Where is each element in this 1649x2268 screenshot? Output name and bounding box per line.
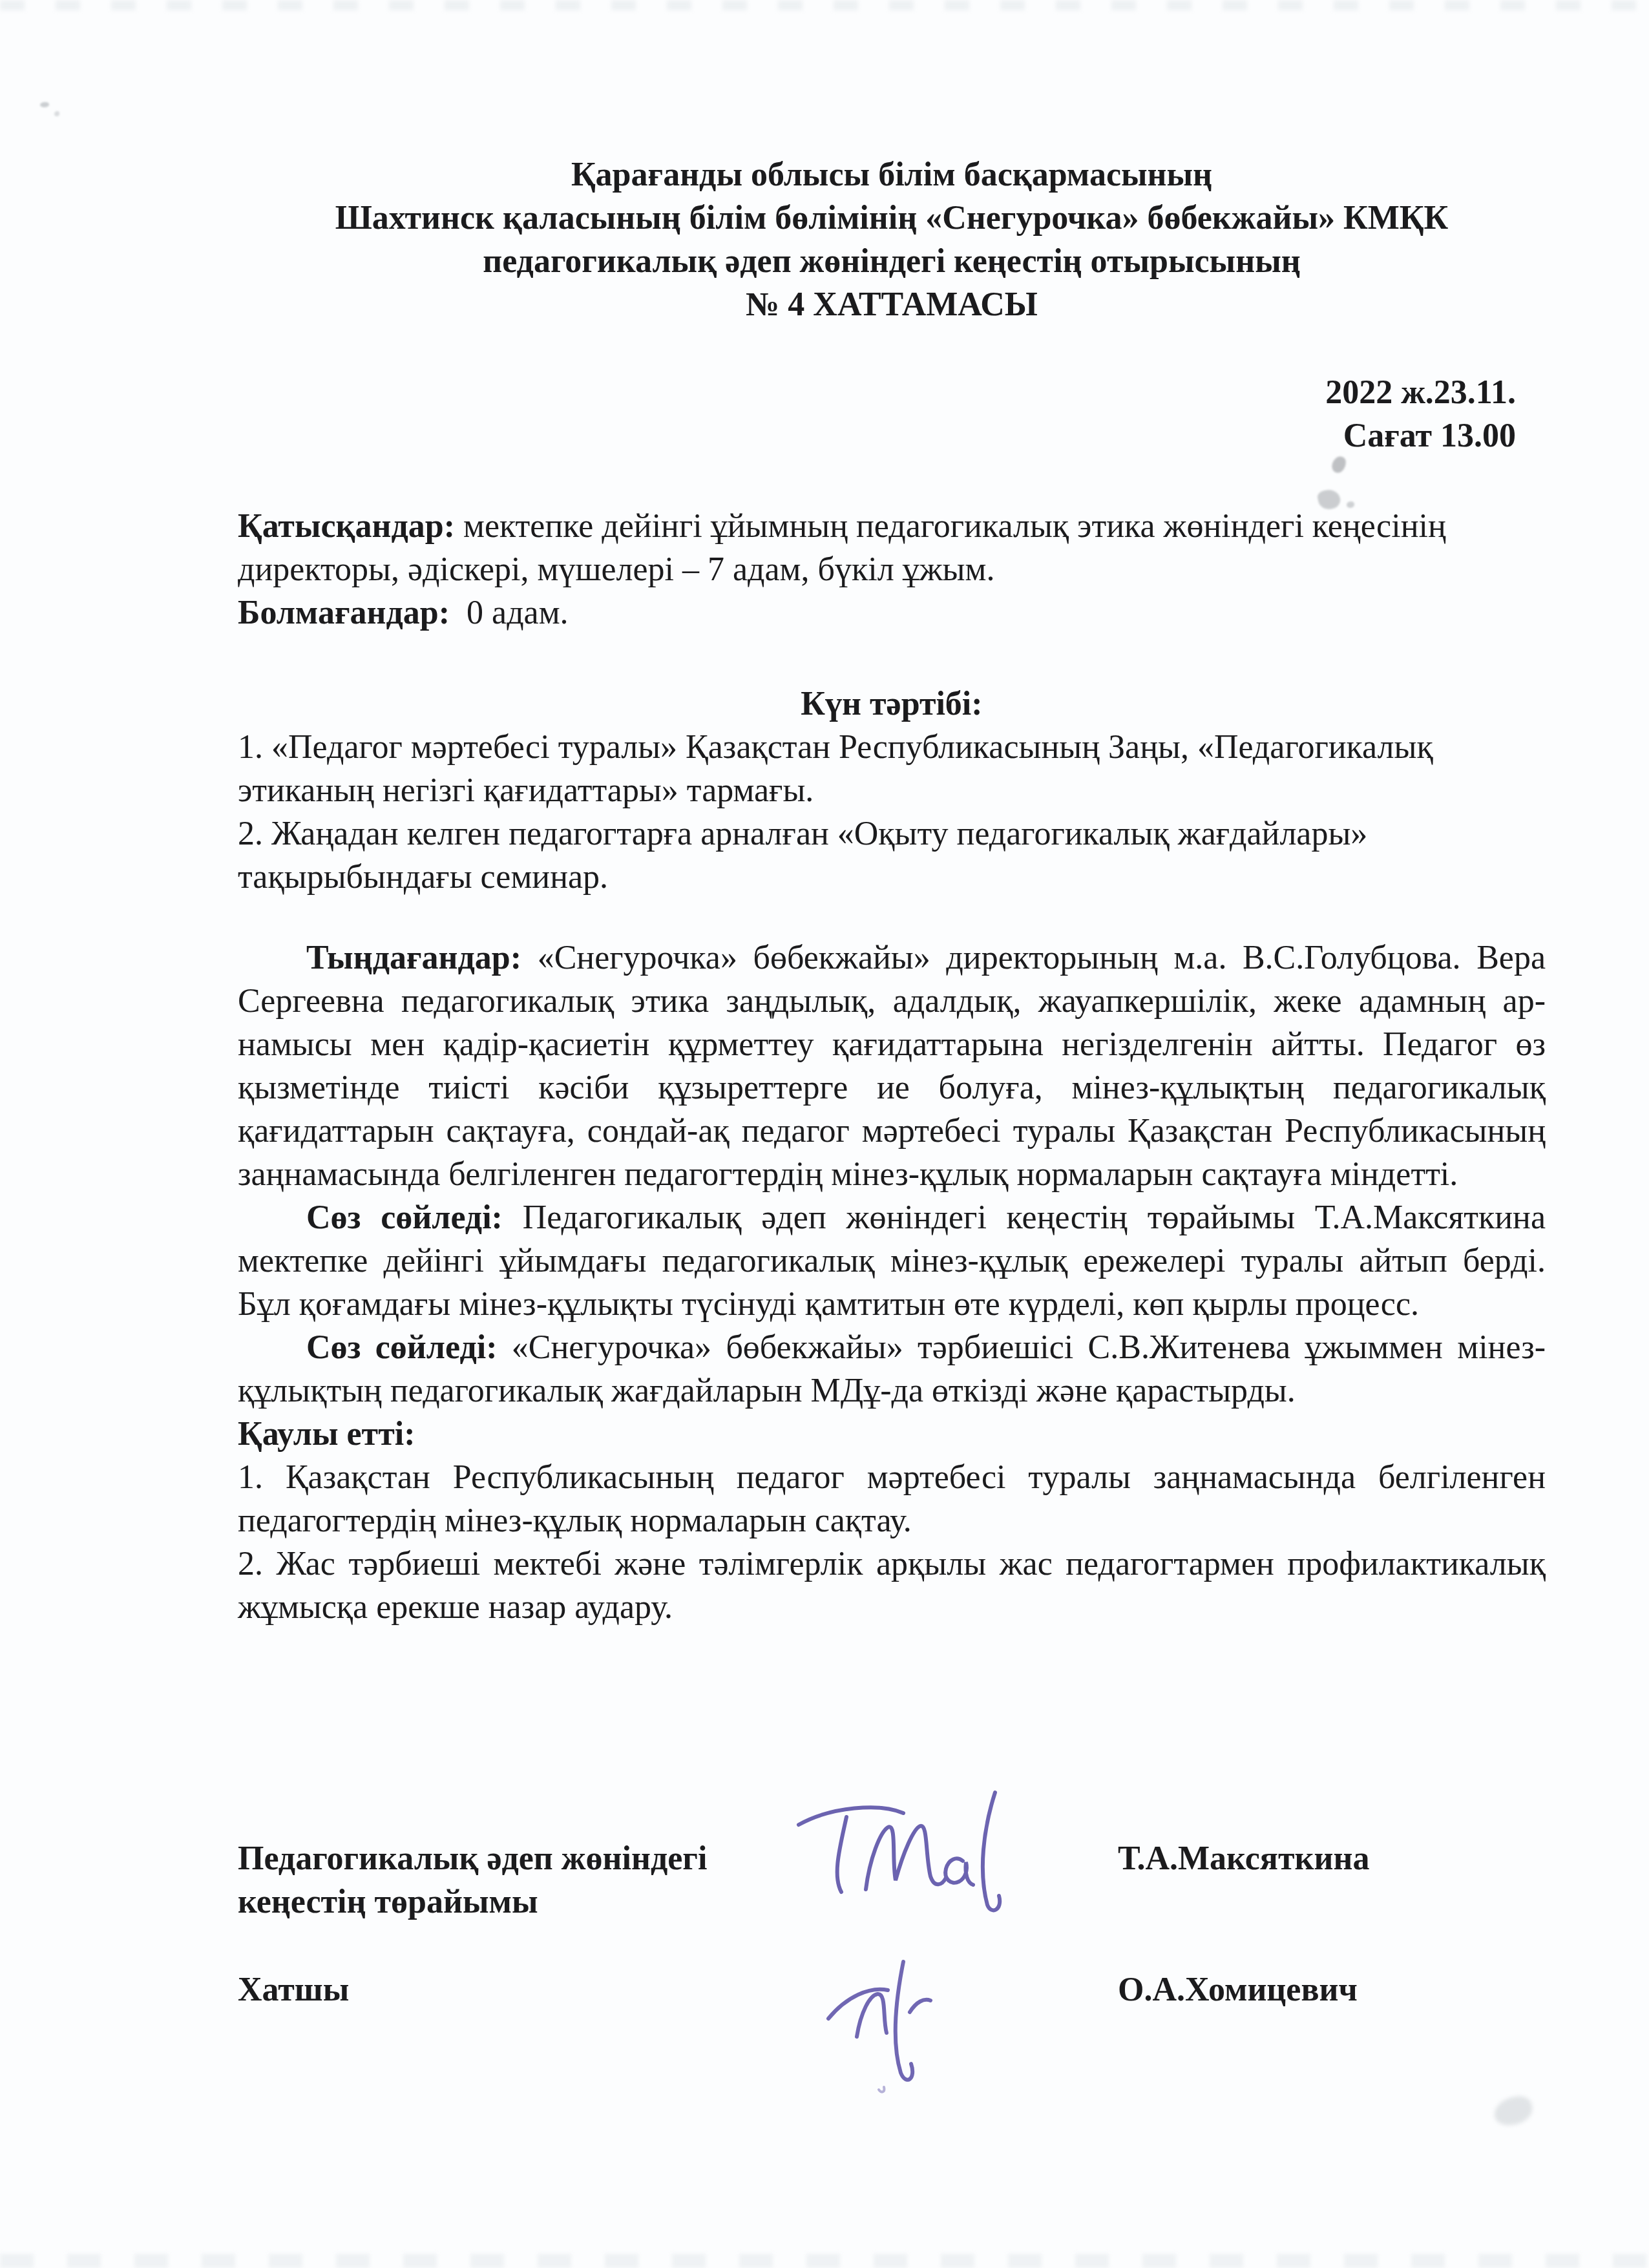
attendance-block: Қатысқандар: мектепке дейінгі ұйымның пе… <box>238 505 1546 635</box>
speech-paragraph-1: Сөз сөйледі: Педагогикалық әдеп жөніндег… <box>238 1196 1546 1326</box>
scan-smudge <box>1347 501 1354 508</box>
scanned-protocol-page: Қарағанды облысы білім басқармасының Шах… <box>0 0 1649 2268</box>
speech-label-1: Сөз сөйледі: <box>306 1199 503 1236</box>
signer-name-secretary: О.А.Хомицевич <box>1118 1968 1358 2011</box>
speech-paragraph-2: Сөз сөйледі: «Снегурочка» бөбекжайы» тәр… <box>238 1326 1546 1412</box>
date-value: 2022 ж.23.11. <box>238 371 1516 414</box>
document-title: Қарағанды облысы білім басқармасының Шах… <box>238 153 1546 326</box>
signer-name-chairwoman: Т.А.Максяткина <box>1118 1837 1369 1880</box>
heard-paragraph: Тыңдағандар: «Снегурочка» бөбекжайы» дир… <box>238 936 1546 1196</box>
title-line-3: педагогикалық әдеп жөніндегі кеңестің от… <box>238 240 1546 283</box>
resolution-item-1: 1. Қазақстан Республикасының педагог мәр… <box>238 1456 1546 1542</box>
heard-label: Тыңдағандар: <box>306 940 521 976</box>
time-value: Сағат 13.00 <box>238 414 1516 457</box>
present-label: Қатысқандар: <box>238 508 455 545</box>
agenda-heading: Күн тәртібі: <box>238 682 1546 726</box>
minutes-body: Тыңдағандар: «Снегурочка» бөбекжайы» дир… <box>238 936 1546 1629</box>
resolution-heading: Қаулы етті: <box>238 1412 1546 1456</box>
scan-smudge <box>1330 455 1347 475</box>
signer-role-chairwoman: Педагогикалық әдеп жөніндегі кеңестің тө… <box>238 1837 832 1924</box>
agenda-block: Күн тәртібі: 1. «Педагог мәртебесі турал… <box>238 682 1546 899</box>
scan-smudge <box>1491 2093 1535 2128</box>
absent-line: Болмағандар:0 адам. <box>238 591 1546 635</box>
heard-text: «Снегурочка» бөбекжайы» директорының м.а… <box>238 940 1546 1193</box>
present-line: Қатысқандар: мектепке дейінгі ұйымның пе… <box>238 505 1546 591</box>
absent-text: 0 адам. <box>467 594 569 631</box>
scan-edge-top <box>0 0 1649 10</box>
scan-edge-bottom <box>0 2254 1649 2268</box>
agenda-item-2: 2. Жаңадан келген педагогтарға арналған … <box>238 812 1546 899</box>
speech-label-2: Сөз сөйледі: <box>306 1329 497 1366</box>
secretary-signature-ink <box>815 1936 967 2097</box>
date-block: 2022 ж.23.11. Сағат 13.00 <box>238 371 1546 457</box>
title-line-1: Қарағанды облысы білім басқармасының <box>238 153 1546 196</box>
signer-role-secretary: Хатшы <box>238 1968 832 2011</box>
scan-speck <box>54 111 59 116</box>
agenda-item-1: 1. «Педагог мәртебесі туралы» Қазақстан … <box>238 726 1546 812</box>
title-line-4: № 4 ХАТТАМАСЫ <box>238 283 1546 326</box>
title-line-2: Шахтинск қаласының білім бөлімінің «Снег… <box>238 196 1546 240</box>
scan-speck <box>40 102 49 107</box>
absent-label: Болмағандар: <box>238 594 450 631</box>
resolution-item-2: 2. Жас тәрбиеші мектебі және тәлімгерлік… <box>238 1542 1546 1629</box>
